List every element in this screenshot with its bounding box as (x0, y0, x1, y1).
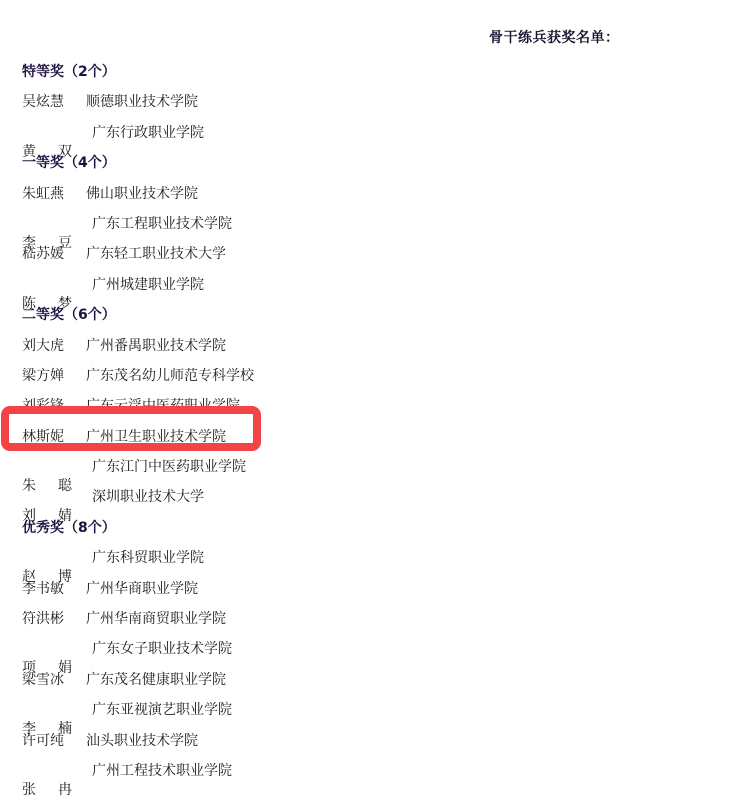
list-item: 刘大虎 广州番禺职业技术学院 (22, 331, 722, 361)
winner-school: 广州卫生职业技术学院 (86, 422, 226, 452)
winner-name: 刘大虎 (22, 331, 86, 361)
winner-school: 广东云浮中医药职业学院 (86, 391, 240, 421)
winner-name: 符洪彬 (22, 604, 86, 634)
award-heading-special: 特等奖（2个） (22, 57, 722, 87)
winner-name: 梁雪冰 (22, 665, 86, 695)
winner-school: 广东女子职业技术学院 (92, 634, 232, 664)
list-item: 李书敏 广州华商职业学院 (22, 574, 722, 604)
list-item: 刘彩锋 广东云浮中医药职业学院 (22, 391, 722, 421)
list-item: 朱虹燕 佛山职业技术学院 (22, 179, 722, 209)
page-title: 骨干练兵获奖名单： (489, 27, 620, 47)
list-item: 李 豆 广东工程职业技术学院 (22, 209, 722, 239)
winner-school: 广东科贸职业学院 (92, 543, 204, 573)
winner-name: 许可纯 (22, 726, 86, 756)
winner-name: 李书敏 (22, 574, 86, 604)
winner-school: 广东茂名幼儿师范专科学校 (86, 361, 254, 391)
list-item: 黄 双 广东行政职业学院 (22, 118, 722, 148)
award-heading-excellence: 优秀奖（8个） (22, 513, 722, 543)
winner-school: 广州华南商贸职业学院 (86, 604, 226, 634)
winner-school: 广州华商职业学院 (86, 574, 198, 604)
winner-school: 广东行政职业学院 (92, 118, 204, 148)
list-item: 赵 博 广东科贸职业学院 (22, 543, 722, 573)
winner-school: 佛山职业技术学院 (86, 179, 198, 209)
list-item: 梁方婵 广东茂名幼儿师范专科学校 (22, 361, 722, 391)
winner-school: 广东茂名健康职业学院 (86, 665, 226, 695)
winner-school: 广东轻工职业技术大学 (86, 239, 226, 269)
list-item: 张 冉 广州工程技术职业学院 (22, 756, 722, 786)
winner-school: 广州城建职业学院 (92, 270, 204, 300)
award-heading-first: 一等奖（4个） (22, 148, 722, 178)
list-item: 李 楠 广东亚视演艺职业学院 (22, 695, 722, 725)
list-item: 嵇苏媛 广东轻工职业技术大学 (22, 239, 722, 269)
winner-name: 林斯妮 (22, 422, 86, 452)
winner-name: 刘彩锋 (22, 391, 86, 421)
list-item: 项 娟 广东女子职业技术学院 (22, 634, 722, 664)
award-heading-second: 二等奖（6个） (22, 300, 722, 330)
winner-school: 广东亚视演艺职业学院 (92, 695, 232, 725)
name-char: 冉 (58, 775, 72, 798)
winner-school: 广州番禺职业技术学院 (86, 331, 226, 361)
list-item: 朱 聪 广东江门中医药职业学院 (22, 452, 722, 482)
winner-school: 广东江门中医药职业学院 (92, 452, 246, 482)
list-item: 刘 婧 深圳职业技术大学 (22, 482, 722, 512)
list-item: 吴炫慧 顺德职业技术学院 (22, 87, 722, 117)
winner-school: 深圳职业技术大学 (92, 482, 204, 512)
winner-school: 顺德职业技术学院 (86, 87, 198, 117)
winner-name: 梁方婵 (22, 361, 86, 391)
winner-school: 广州工程技术职业学院 (92, 756, 232, 786)
list-item-highlighted: 林斯妮 广州卫生职业技术学院 (22, 422, 722, 452)
name-char: 张 (22, 775, 36, 798)
award-list: 特等奖（2个） 吴炫慧 顺德职业技术学院 黄 双 广东行政职业学院 一等奖（4个… (22, 57, 722, 786)
winner-name: 嵇苏媛 (22, 239, 86, 269)
winner-school: 广东工程职业技术学院 (92, 209, 232, 239)
winner-school: 汕头职业技术学院 (86, 726, 198, 756)
list-item: 梁雪冰 广东茂名健康职业学院 (22, 665, 722, 695)
list-item: 符洪彬 广州华南商贸职业学院 (22, 604, 722, 634)
list-item: 陈 梦 广州城建职业学院 (22, 270, 722, 300)
winner-name: 朱虹燕 (22, 179, 86, 209)
list-item: 许可纯 汕头职业技术学院 (22, 726, 722, 756)
winner-name: 吴炫慧 (22, 87, 86, 117)
